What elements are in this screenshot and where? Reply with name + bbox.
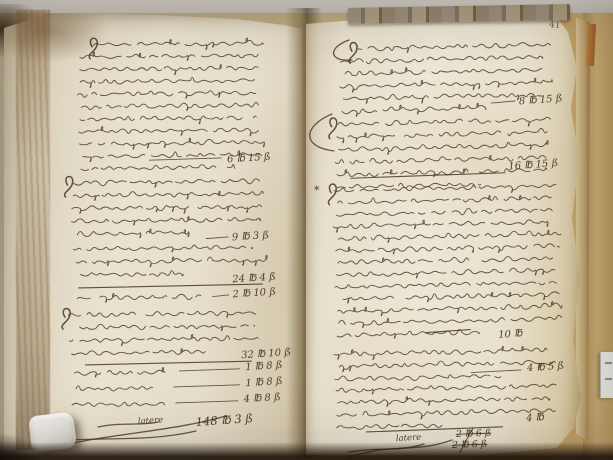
water-stain xyxy=(16,10,50,450)
label-mark-icon xyxy=(605,378,612,380)
label-mark-icon xyxy=(605,362,612,364)
book-shadow xyxy=(0,442,613,460)
book-shadow-corner xyxy=(0,414,70,460)
archival-label xyxy=(600,352,613,398)
manuscript-photo: 41 6 ℔ 15 ß9 ℔ 3 ß24 ℔ 4 ß2 ℔ 10 ß32 ℔ 1… xyxy=(0,0,613,460)
folio-number: 41 xyxy=(549,20,572,32)
right-page xyxy=(306,6,588,456)
